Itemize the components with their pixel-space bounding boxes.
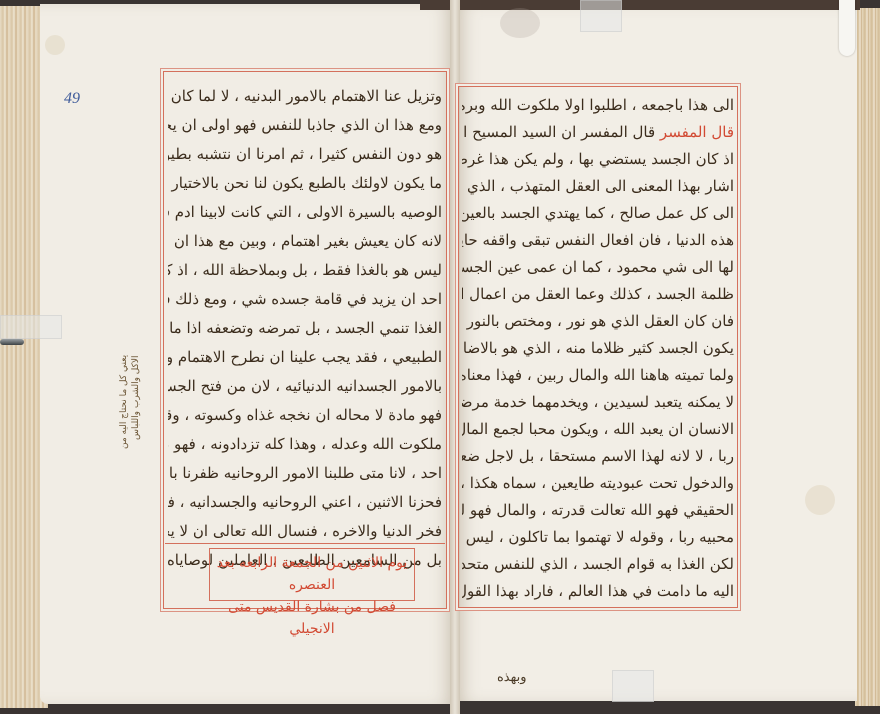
text-line: لانه كان يعيش بغير اهتمام ، وبين مع هذا … — [168, 227, 442, 256]
text-line: الى هذا باجمعه ، اطلبوا اولا ملكوت الله … — [462, 92, 734, 119]
metal-clip — [0, 339, 24, 345]
text-line: الغذا تنمي الجسد ، بل تمرضه وتضعفه اذا م… — [168, 314, 442, 343]
text-line: قال المفسر ان السيد المسيح اورد مثلا ظاه… — [462, 123, 655, 141]
text-line: اليه ما دامت في هذا العالم ، فاراد بهذا … — [462, 578, 734, 605]
paper-stain — [45, 35, 65, 55]
text-line: الحقيقي فهو الله تعالت قدرته ، والمال فه… — [462, 497, 734, 524]
right-text-block: الى هذا باجمعه ، اطلبوا اولا ملكوت الله … — [462, 92, 734, 605]
text-line: ما يكون لاولئك بالطبع يكون لنا نحن بالاخ… — [168, 169, 442, 198]
text-line: لا يمكنه يتعبد لسيدين ، ويخدمهما خدمة مر… — [462, 389, 734, 416]
text-line: لكن الغذا به قوام الجسد ، الذي للنفس متح… — [462, 551, 734, 578]
open-manuscript: 49 يعني كل ما نحتاج اليه من الاكل والشرب… — [0, 0, 880, 714]
folio-number: 49 — [64, 90, 80, 108]
text-line: ومع هذا ان الذي جاذبا للنفس فهو اولى ان … — [168, 111, 442, 140]
paper-stain — [500, 8, 540, 38]
text-line: احد ، لانا متى طلبنا الامور الروحانيه ظف… — [168, 459, 442, 488]
colophon-line-1: يوم الاثنين من الجمعة الرابعه بعد العنصر… — [210, 552, 414, 596]
bookmark-strip — [839, 0, 855, 56]
text-line: الطبيعي ، فقد يجب علينا ان نطرح الاهتمام… — [168, 343, 442, 372]
text-line: فخر الدنيا والاخره ، فنسال الله تعالى ان… — [168, 517, 442, 546]
text-line: اشار بهذا المعنى الى العقل المتهذب ، الذ… — [462, 173, 734, 200]
margin-annotation: يعني كل ما نحتاج اليه من الاكل والشرب وا… — [118, 355, 168, 465]
rubric-said-the-commentator: قال المفسر — [655, 123, 734, 141]
repair-tape — [0, 315, 62, 339]
paper-stain — [805, 485, 835, 515]
colophon-divider — [165, 543, 445, 544]
binding-shadow — [420, 0, 860, 10]
text-line: هو دون النفس كثيرا ، ثم امرنا ان نتشبه ب… — [168, 140, 442, 169]
text-line: محبيه ربا ، وقوله لا تهتموا بما تاكلون ،… — [462, 524, 734, 551]
right-page-edges — [855, 8, 880, 706]
text-line: فحزنا الاثنين ، اعني الروحانيه والجسداني… — [168, 488, 442, 517]
left-text-block: وتزيل عنا الاهتمام بالامور البدنيه ، لا … — [168, 82, 442, 575]
text-line: الوصيه بالسيرة الاولى ، التي كانت لابينا… — [168, 198, 442, 227]
text-line: اذ كان الجسد يستضي بها ، ولم يكن هذا غرض… — [462, 146, 734, 173]
repair-tape — [580, 0, 622, 32]
colophon-box: يوم الاثنين من الجمعة الرابعه بعد العنصر… — [209, 548, 415, 601]
text-line: ولما تميته هاهنا الله والمال ربين ، فهذا… — [462, 362, 734, 389]
text-line: ظلمة الجسد ، كذلك وعما العقل من اعمال ال… — [462, 281, 734, 308]
text-line: هذه الدنيا ، فان افعال النفس تبقى واقفه … — [462, 227, 734, 254]
text-line: الانسان ان يعبد الله ، ويكون محبا لجمع ا… — [462, 416, 734, 443]
text-line: وتزيل عنا الاهتمام بالامور البدنيه ، لا … — [168, 82, 442, 111]
catchword: وبهذه — [497, 670, 527, 685]
text-line: الى كل عمل صالح ، كما يهتدي الجسد بالعين… — [462, 200, 734, 227]
text-line: ربا ، لا لانه لهذا الاسم مستحقا ، بل لاج… — [462, 443, 734, 470]
text-line: والدخول تحت عبوديته طايعين ، سماه هكذا ،… — [462, 470, 734, 497]
text-line: بالامور الجسدانيه الدنيائيه ، لان من فتح… — [168, 372, 442, 401]
text-line: احد ان يزيد في قامة جسده شي ، ومع ذلك فل… — [168, 285, 442, 314]
text-line: فهو مادة لا محاله ان نخجه غذاه وكسوته ، … — [168, 401, 442, 430]
text-line: ليس هو بالغذا فقط ، بل وبملاحظة الله ، ا… — [168, 256, 442, 285]
text-line: فان كان العقل الذي هو نور ، ومختص بالنور… — [462, 308, 734, 335]
repair-tape — [612, 670, 654, 702]
colophon-line-2: فصل من بشارة القديس متى الانجيلي — [210, 596, 414, 640]
text-line: يكون الجسد كثير ظلاما منه ، الذي هو بالا… — [462, 335, 734, 362]
text-line: ملكوت الله وعدله ، وهذا كله تزدادونه ، ف… — [168, 430, 442, 459]
text-line: لها الى شي محمود ، كما ان عمى عين الجسد … — [462, 254, 734, 281]
text-line-rubric: قال المفسر قال المفسر ان السيد المسيح او… — [462, 119, 734, 146]
